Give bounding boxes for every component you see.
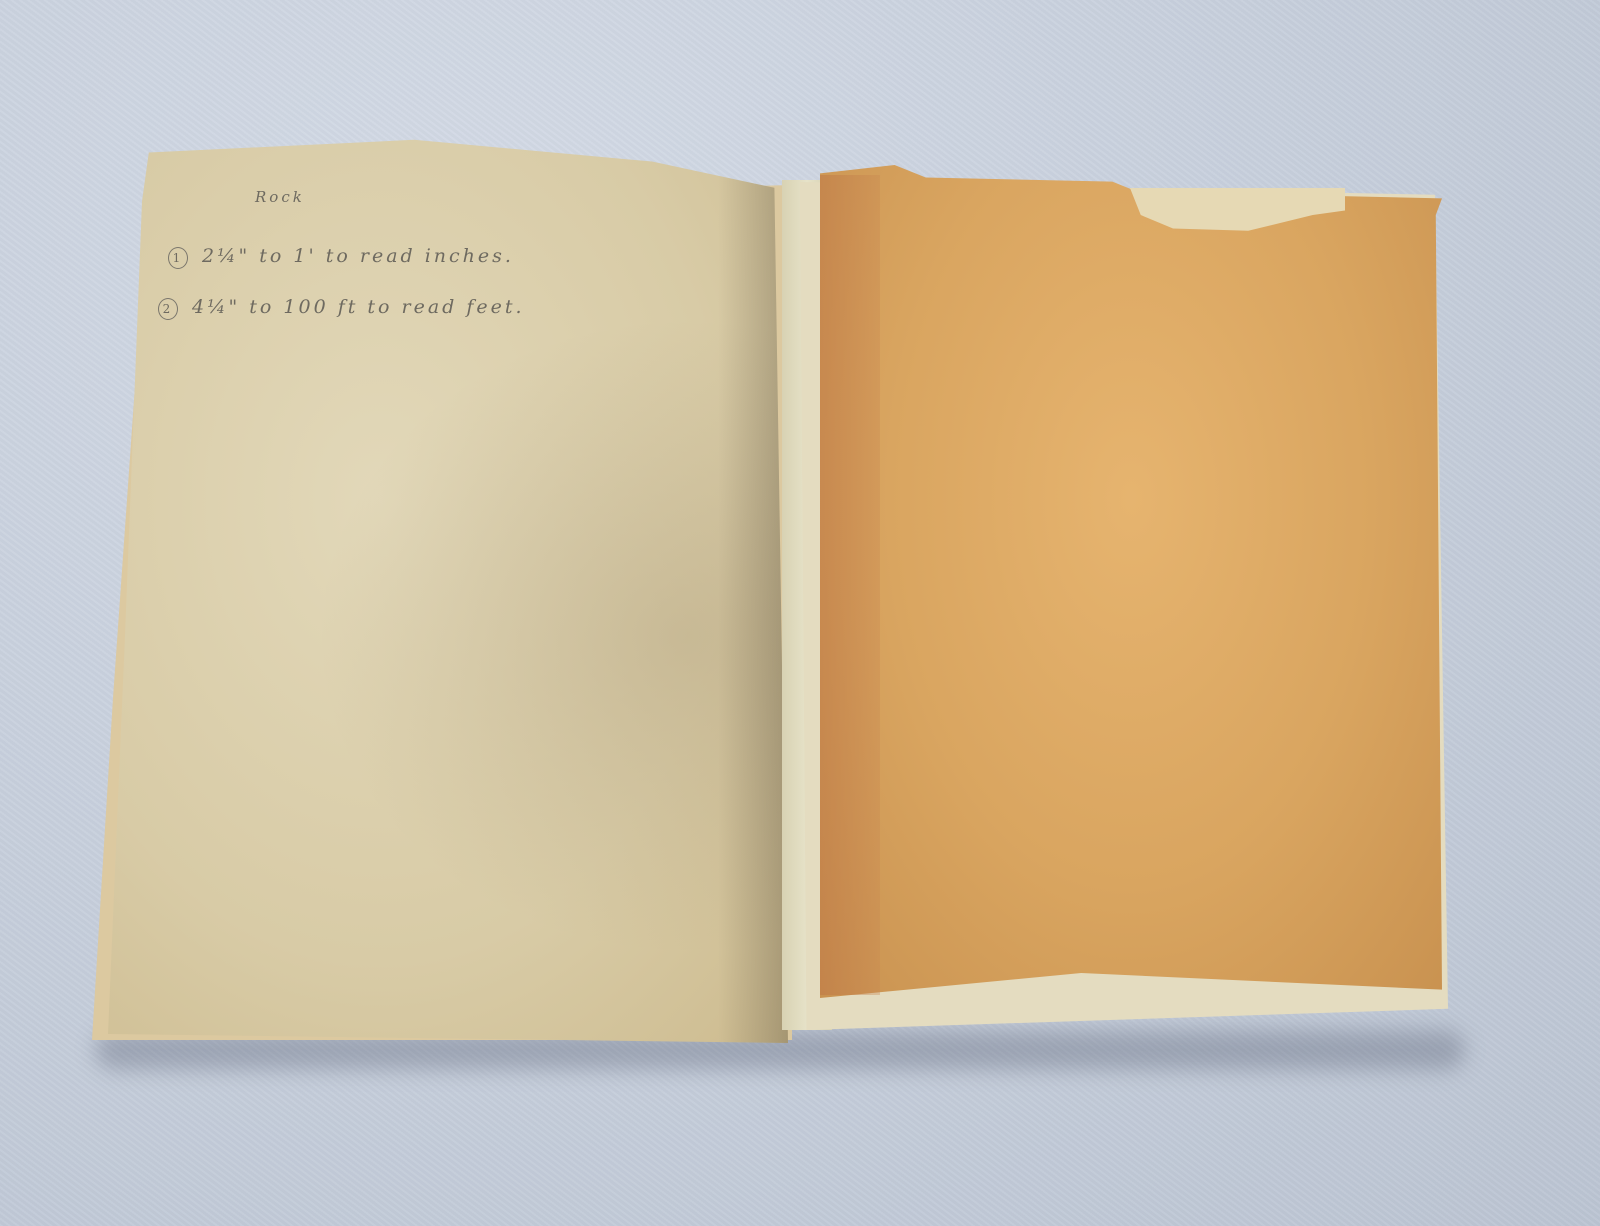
handwritten-note-2: 24¼" to 100 ft to read feet. <box>158 296 525 320</box>
circled-number-2: 2 <box>158 298 178 320</box>
yellowed-paper-sheet <box>820 165 1442 998</box>
tape-strip <box>820 175 880 995</box>
left-page <box>108 138 788 1043</box>
handwritten-title: Rock <box>255 188 305 206</box>
circled-number-1: 1 <box>168 247 188 269</box>
note-1-text: 2¼" to 1' to read inches. <box>202 245 514 267</box>
note-2-text: 4¼" to 100 ft to read feet. <box>192 296 525 318</box>
handwritten-note-1: 12¼" to 1' to read inches. <box>168 245 514 269</box>
